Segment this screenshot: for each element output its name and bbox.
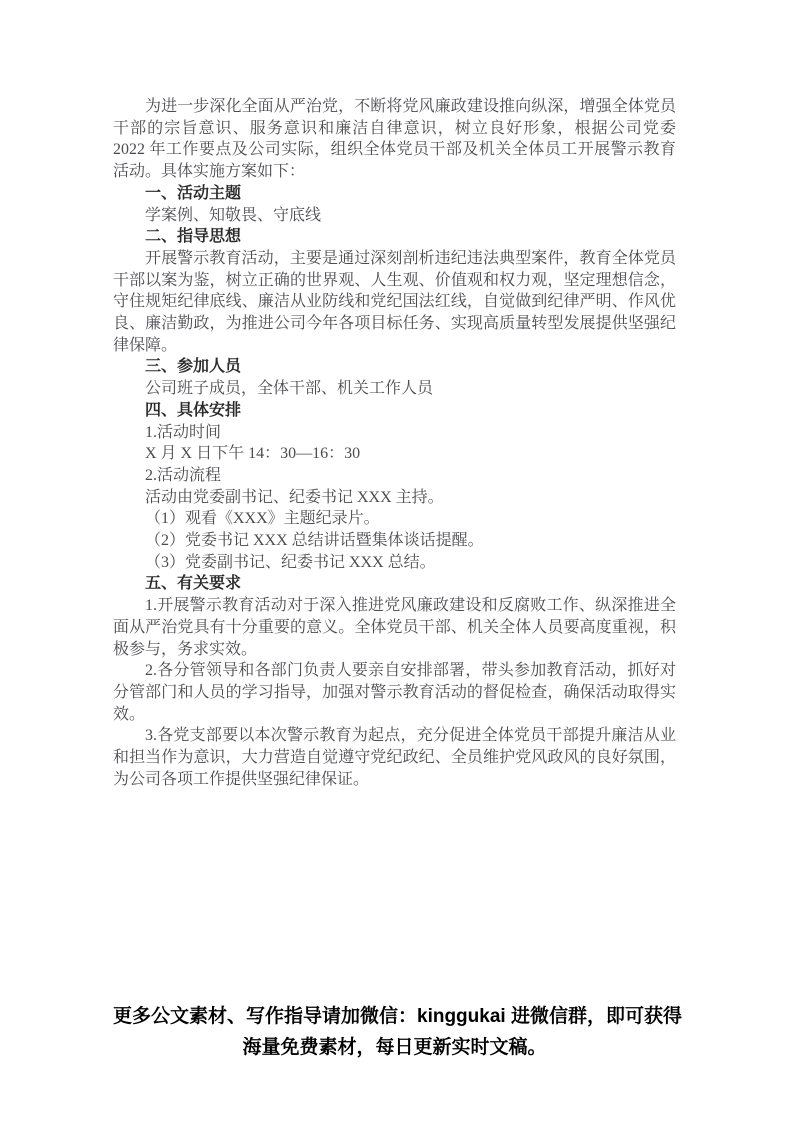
paragraph: 1.开展警示教育活动对于深入推进党风廉政建设和反腐败工作、纵深推进全面从严治党具…: [113, 595, 676, 660]
paragraph: 学案例、知敬畏、守底线: [113, 205, 676, 227]
section-heading: 五、有关要求: [113, 573, 676, 595]
paragraph: 活动由党委副书记、纪委书记 XXX 主持。: [113, 487, 676, 509]
document-body: 为进一步深化全面从严治党，不断将党风廉政建设推向纵深，增强全体党员干部的宗旨意识…: [113, 96, 676, 791]
paragraph: （1）观看《XXX》主题纪录片。: [113, 508, 676, 530]
paragraph: 为进一步深化全面从严治党，不断将党风廉政建设推向纵深，增强全体党员干部的宗旨意识…: [113, 96, 676, 183]
paragraph: 3.各党支部要以本次警示教育为起点，充分促进全体党员干部提升廉洁从业和担当作为意…: [113, 725, 676, 790]
paragraph: 2.活动流程: [113, 465, 676, 487]
paragraph: 1.活动时间: [113, 422, 676, 444]
paragraph: X 月 X 日下午 14：30—16：30: [113, 443, 676, 465]
promo-footer: 更多公文素材、写作指导请加微信：kinggukai 进微信群，即可获得 海量免费…: [113, 1001, 676, 1063]
section-heading: 三、参加人员: [113, 356, 676, 378]
paragraph: （2）党委书记 XXX 总结讲话暨集体谈话提醒。: [113, 530, 676, 552]
paragraph: （3）党委副书记、纪委书记 XXX 总结。: [113, 552, 676, 574]
paragraph: 2.各分管领导和各部门负责人要亲自安排部署，带头参加教育活动，抓好对分管部门和人…: [113, 660, 676, 725]
section-heading: 一、活动主题: [113, 183, 676, 205]
promo-footer-line-1: 更多公文素材、写作指导请加微信：kinggukai 进微信群，即可获得: [113, 1001, 676, 1032]
paragraph: 开展警示教育活动，主要是通过深刻剖析违纪违法典型案件，教育全体党员干部以案为鉴，…: [113, 248, 676, 357]
section-heading: 四、具体安排: [113, 400, 676, 422]
promo-footer-line-2: 海量免费素材，每日更新实时文稿。: [113, 1032, 676, 1063]
paragraph: 公司班子成员，全体干部、机关工作人员: [113, 378, 676, 400]
section-heading: 二、指导思想: [113, 226, 676, 248]
document-page: 为进一步深化全面从严治党，不断将党风廉政建设推向纵深，增强全体党员干部的宗旨意识…: [0, 0, 793, 1122]
